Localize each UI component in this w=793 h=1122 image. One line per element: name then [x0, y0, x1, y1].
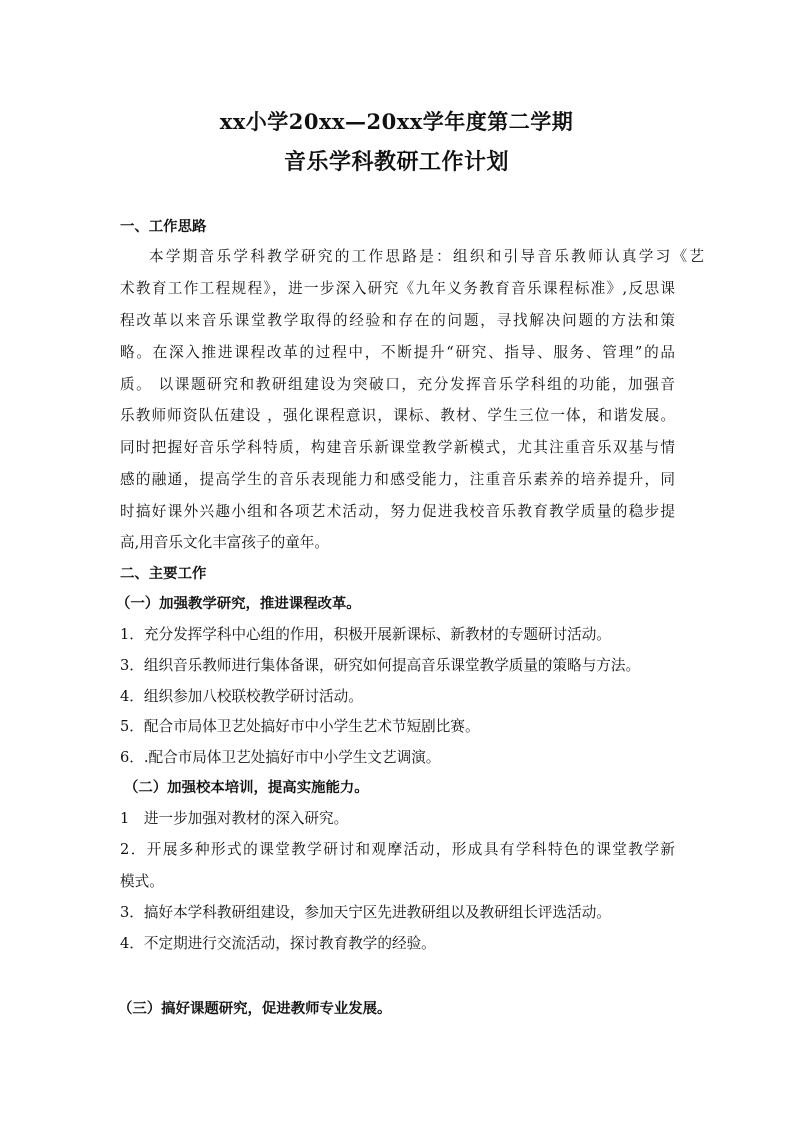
subsection-heading-3: （三）搞好课题研究，促进教师专业发展。	[118, 999, 673, 1019]
paragraph-line: 略。在深入推进课程改革的过程中，不断提升“研究、指导、服务、管理”的品	[120, 343, 675, 363]
list-item: 2．开展多种形式的课堂教学研讨和观摩活动，形成具有学科特色的课堂教学新	[120, 840, 675, 860]
subsection-heading-2: （二）加强校本培训，提高实施能力。	[124, 778, 679, 798]
subsection-heading-1: （一）加强教学研究，推进课程改革。	[116, 594, 671, 614]
list-item: 4．组织参加八校联校教学研讨活动。	[120, 687, 675, 707]
list-item: 3．组织音乐教师进行集体备课，研究如何提高音乐课堂教学质量的策略与方法。	[120, 656, 675, 676]
list-item: 1．充分发挥学科中心组的作用，积极开展新课标、新教材的专题研讨活动。	[120, 625, 675, 645]
paragraph-line: 程改革以来音乐课堂教学取得的经验和存在的问题，寻找解决问题的方法和策	[120, 311, 675, 331]
document-title-line1: xx小学20xx—20xx学年度第二学期	[0, 106, 793, 136]
list-item: 4．不定期进行交流活动，探讨教育教学的经验。	[120, 934, 675, 954]
paragraph-line: 感的融通，提高学生的音乐表现能力和感受能力，注重音乐素养的培养提升，同	[120, 470, 675, 490]
document-title-line2: 音乐学科教研工作计划	[0, 145, 793, 176]
paragraph-line: 高,用音乐文化丰富孩子的童年。	[120, 533, 675, 553]
list-item: 模式。	[120, 872, 675, 892]
paragraph-line: 本学期音乐学科教学研究的工作思路是：组织和引导音乐教师认真学习《艺	[120, 247, 704, 267]
paragraph-line: 同时把握好音乐学科特质，构建音乐新课堂教学新模式，尤其注重音乐双基与情	[120, 438, 675, 458]
paragraph-line: 时搞好课外兴趣小组和各项艺术活动，努力促进我校音乐教育教学质量的稳步提	[120, 502, 675, 522]
paragraph-line: 乐教师师资队伍建设 ，强化课程意识，课标、教材、学生三位一体，和谐发展。	[120, 406, 675, 426]
list-item: 6．.配合市局体卫艺处搞好市中小学生文艺调演。	[120, 748, 675, 768]
list-item: 3．搞好本学科教研组建设，参加天宁区先进教研组以及教研组长评选活动。	[120, 903, 675, 923]
list-item: 5．配合市局体卫艺处搞好市中小学生艺术节短剧比赛。	[120, 717, 675, 737]
list-item: 1 进一步加强对教材的深入研究。	[120, 809, 675, 829]
section-heading-main-work: 二、主要工作	[120, 564, 675, 584]
paragraph-line: 术教育工作工程规程》，进一步深入研究《九年义务教育音乐课程标准》,反思课	[120, 279, 675, 299]
section-heading-work-ideas: 一、工作思路	[120, 217, 675, 237]
paragraph-line: 质。 以课题研究和教研组建设为突破口，充分发挥音乐学科组的功能，加强音	[120, 375, 675, 395]
